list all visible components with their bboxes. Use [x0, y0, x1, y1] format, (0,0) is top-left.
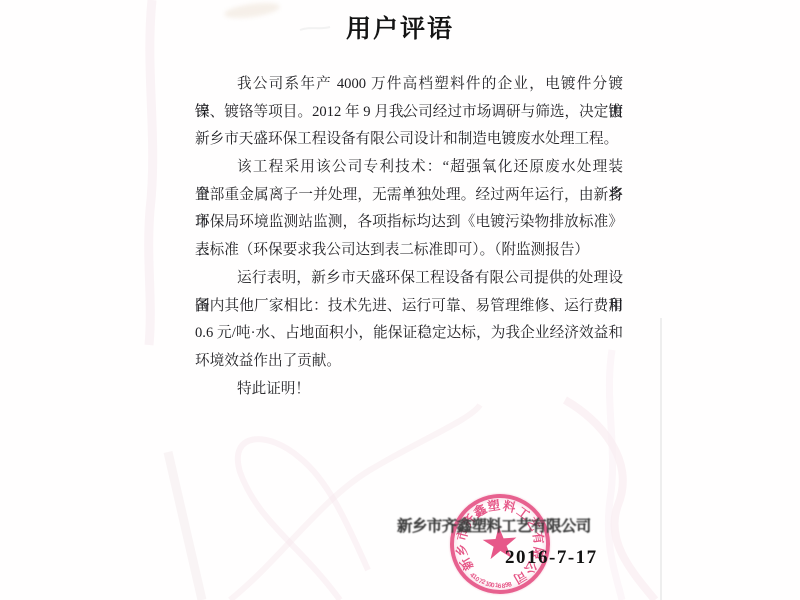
document-line: 三标准（环保要求我公司达到表二标准即可）。（附监测报告）	[195, 237, 623, 265]
company-name-overprint: 新乡市齐鑫塑料工艺有限公司	[397, 514, 591, 536]
document-line: 该工程采用该公司专利技术：“超强氧化还原废水处理装置”将	[195, 154, 623, 182]
document-line: 运行表明，新乡市天盛环保工程设备有限公司提供的处理设备和	[195, 265, 623, 293]
document-line: 新乡市天盛环保工程设备有限公司设计和制造电镀废水处理工程。	[195, 126, 623, 154]
seal-ring-char: 乡	[455, 542, 469, 556]
scanned-page: 用户评语 我公司系年产 4000 万件高档塑料件的企业，电镀件分镀锌、镀镍、镀铬…	[0, 0, 800, 600]
document-line: 环境效益作出了贡献。	[195, 348, 623, 376]
scan-line-artifact	[660, 318, 662, 600]
company-seal-stamp: ★ 新乡市齐鑫塑料工艺有限公司4107210016898	[437, 481, 563, 600]
document-line: 特此证明！	[195, 376, 623, 404]
document-line: 我公司系年产 4000 万件高档塑料件的企业，电镀件分镀锌、镀	[195, 71, 623, 99]
seal-ring-char: 塑	[487, 499, 501, 513]
document-body: 我公司系年产 4000 万件高档塑料件的企业，电镀件分镀锌、镀镍、镀铬等项目。2…	[195, 71, 623, 403]
document-line: 0.6 元/吨·水、占地面积小，能保证稳定达标，为我企业经济效益和	[195, 320, 623, 348]
document-line: 镍、镀铬等项目。2012 年 9 月我公司经过市场调研与筛选，决定由	[195, 99, 623, 127]
document-title: 用户评语	[0, 9, 800, 45]
document-line: 环保局环境监测站监测，各项指标均达到《电镀污染物排放标准》表	[195, 209, 623, 237]
document-line: 国内其他厂家相比：技术先进、运行可靠、易管理维修、运行费用	[195, 293, 623, 321]
date-stamp: 2016-7-17	[505, 547, 598, 569]
document-line: 全部重金属离子一并处理，无需单独处理。经过两年运行，由新乡市	[195, 182, 623, 210]
